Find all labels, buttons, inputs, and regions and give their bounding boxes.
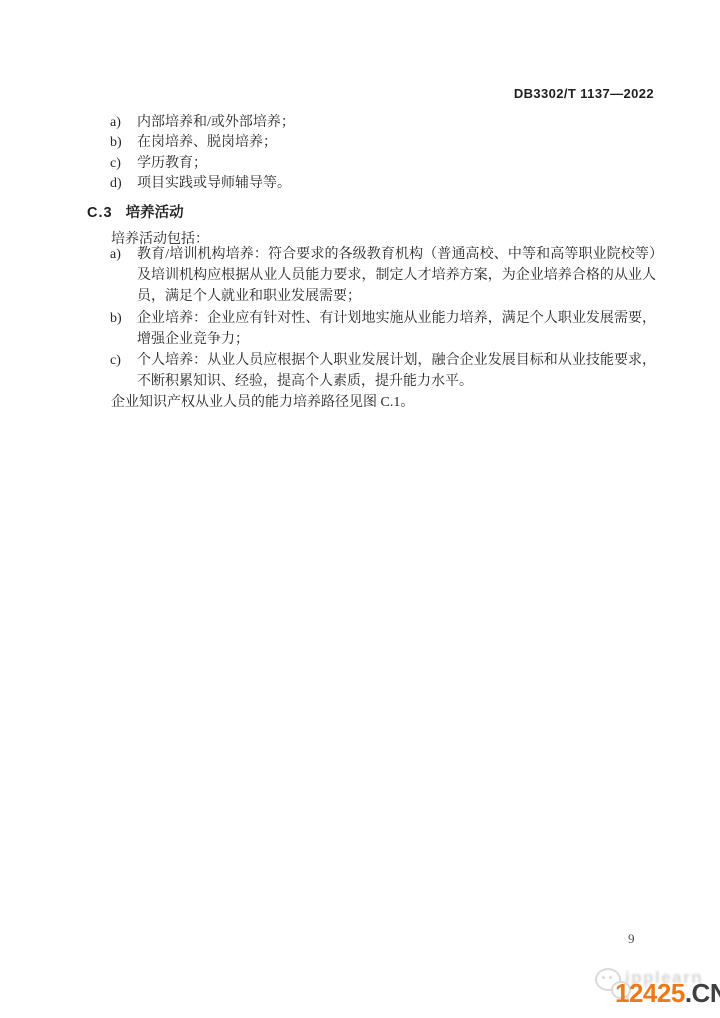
- list-item: c) 学历教育；: [110, 154, 655, 174]
- section-heading-title: 培养活动: [126, 205, 184, 221]
- section-body: a) 教育/培训机构培养：符合要求的各级教育机构（普通高校、中等和高等职业院校等…: [110, 244, 656, 414]
- list-item-label: c): [110, 154, 137, 174]
- top-lettered-list: a) 内部培养和/或外部培养； b) 在岗培养、脱岗培养； c) 学历教育； d…: [110, 113, 655, 195]
- list-item: c) 个人培养：从业人员应根据个人职业发展计划，融合企业发展目标和从业技能要求，…: [110, 350, 656, 392]
- doc-number: DB3302/T 1137—2022: [514, 86, 654, 101]
- watermark-site-name: 12425.CN: [615, 980, 720, 1006]
- page-number: 9: [628, 931, 635, 947]
- list-item: b) 企业培养：企业应有针对性、有计划地实施从业能力培养，满足个人职业发展需要，…: [110, 308, 656, 350]
- list-item-text: 个人培养：从业人员应根据个人职业发展计划，融合企业发展目标和从业技能要求，不断积…: [137, 350, 656, 392]
- watermark-number: 12425: [615, 978, 685, 1008]
- list-item: b) 在岗培养、脱岗培养；: [110, 133, 655, 153]
- list-item-label: b): [110, 308, 137, 350]
- list-item-text: 内部培养和/或外部培养；: [137, 113, 655, 133]
- list-item: a) 内部培养和/或外部培养；: [110, 113, 655, 133]
- list-item-text: 在岗培养、脱岗培养；: [137, 133, 655, 153]
- document-page: DB3302/T 1137—2022 a) 内部培养和/或外部培养； b) 在岗…: [0, 0, 720, 1018]
- section-heading-number: C.3: [87, 205, 113, 221]
- list-item-text: 企业培养：企业应有针对性、有计划地实施从业能力培养，满足个人职业发展需要，增强企…: [137, 308, 656, 350]
- list-item-text: 教育/培训机构培养：符合要求的各级教育机构（普通高校、中等和高等职业院校等）及培…: [137, 244, 656, 308]
- list-item-label: d): [110, 174, 137, 194]
- closing-paragraph: 企业知识产权从业人员的能力培养路径见图 C.1。: [111, 392, 656, 413]
- list-item: d) 项目实践或导师辅导等。: [110, 174, 655, 194]
- list-item-label: c): [110, 350, 137, 392]
- section-heading: C.3培养活动: [87, 201, 184, 222]
- watermark-suffix: .CN: [685, 978, 720, 1008]
- list-item-text: 学历教育；: [137, 154, 655, 174]
- list-item-label: b): [110, 133, 137, 153]
- list-item-label: a): [110, 244, 137, 308]
- list-item: a) 教育/培训机构培养：符合要求的各级教育机构（普通高校、中等和高等职业院校等…: [110, 244, 656, 308]
- list-item-text: 项目实践或导师辅导等。: [137, 174, 655, 194]
- watermark-12425cn: ipplearn 12425.CN: [593, 962, 720, 1014]
- list-item-label: a): [110, 113, 137, 133]
